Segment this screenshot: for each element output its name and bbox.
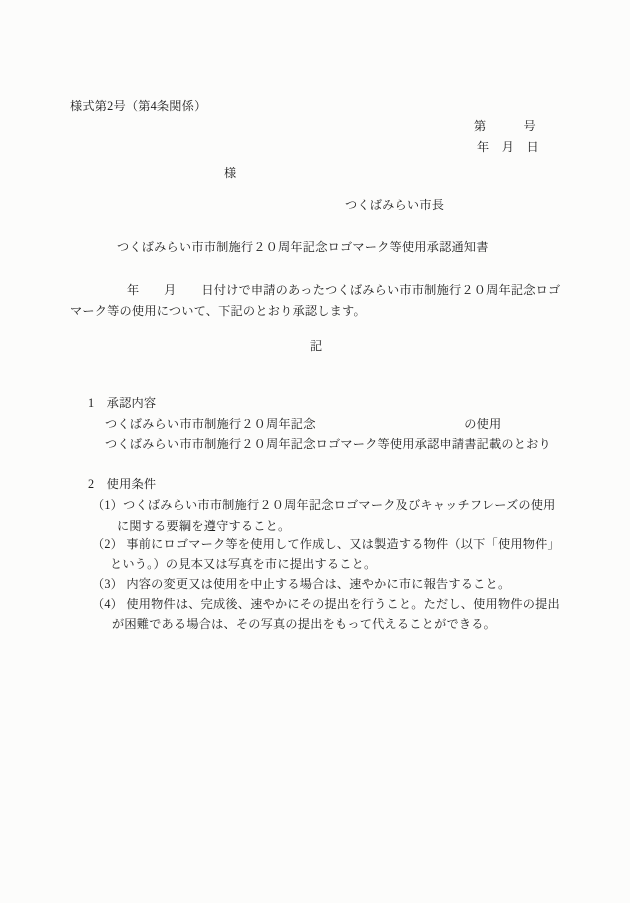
sender-title: つくばみらい市長 [345, 198, 444, 212]
section1-heading: 1 承認内容 [88, 396, 156, 410]
document-page: 様式第2号（第4条関係） 第 号 年 月 日 様 つくばみらい市長 つくばみらい… [0, 0, 630, 903]
section2-heading: 2 使用条件 [88, 477, 156, 491]
condition-1-line-2: に関する要綱を遵守すること。 [117, 519, 290, 533]
condition-4-line-2: が困難である場合は、その写真の提出をもって代えることができる。 [112, 617, 496, 631]
condition-2-line-2: という。）の見本又は写真を市に提出すること。 [110, 557, 376, 571]
condition-1-line-1: （1）つくばみらい市市制施行２０周年記念ロゴマーク及びキャッチフレーズの使用 [92, 498, 556, 512]
section1-detail-line: つくばみらい市市制施行２０周年記念ロゴマーク等使用承認申請書記載のとおり [105, 437, 551, 451]
doc-date-blank-line: 年 月 日 [477, 140, 539, 154]
section1-approval-line: つくばみらい市市制施行２０周年記念 の使用 [105, 417, 501, 431]
doc-number-blank-line: 第 号 [474, 119, 536, 133]
opening-paragraph-line-1: 年 月 日付けで申請のあったつくばみらい市市制施行２０周年記念ロゴ [127, 283, 560, 297]
form-number-label: 様式第2号（第4条関係） [70, 99, 206, 113]
condition-2-line-1: （2） 事前にロゴマーク等を使用して作成し、又は製造する物件（以下「使用物件」 [92, 537, 560, 551]
condition-4-line-1: （4） 使用物件は、完成後、速やかにその提出を行うこと。ただし、使用物件の提出 [92, 597, 560, 611]
record-marker: 記 [310, 339, 322, 353]
addressee-honorific: 様 [224, 166, 236, 180]
opening-paragraph-line-2: マーク等の使用について、下記のとおり承認します。 [70, 304, 366, 318]
document-title: つくばみらい市市制施行２０周年記念ロゴマーク等使用承認通知書 [117, 240, 489, 254]
condition-3: （3） 内容の変更又は使用を中止する場合は、速やかに市に報告すること。 [92, 577, 510, 591]
